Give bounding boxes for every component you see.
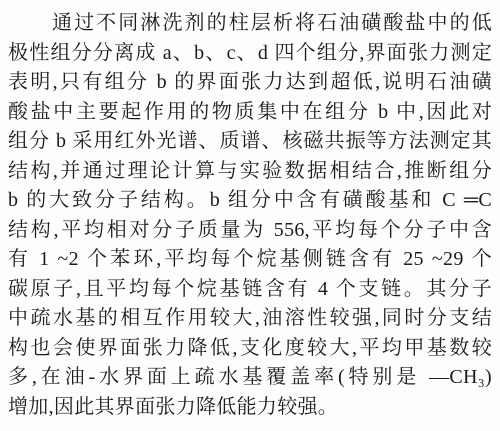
paragraph-line: 酸盐中主要起作用的物质集中在组分 b 中,因此对 bbox=[8, 98, 492, 128]
paragraph-line: 通过不同淋洗剂的柱层析将石油磺酸盐中的低 bbox=[8, 9, 492, 39]
paragraph-line: 结构,平均相对分子质量为 556,平均每个分子中含 bbox=[8, 216, 492, 246]
body-paragraph: 通过不同淋洗剂的柱层析将石油磺酸盐中的低 极性组分分离成 a、b、c、d 四个组… bbox=[8, 9, 492, 422]
paragraph-line: b 的大致分子结构。b 组分中含有磺酸基和 C ═C bbox=[8, 186, 492, 216]
paragraph-line: 构也会使界面张力降低,支化度较大,平均甲基数较 bbox=[8, 334, 492, 364]
paragraph-line: 多,在油-水界面上疏水基覆盖率(特别是 —CH₃) bbox=[8, 363, 492, 393]
paragraph-line: 中疏水基的相互作用较大,油溶性较强,同时分支结 bbox=[8, 304, 492, 334]
paragraph-line: 组分 b 采用红外光谱、质谱、核磁共振等方法测定其 bbox=[8, 127, 492, 157]
paragraph-line: 表明,只有组分 b 的界面张力达到超低,说明石油磺 bbox=[8, 68, 492, 98]
paragraph-line: 增加,因此其界面张力降低能力较强。 bbox=[8, 393, 492, 423]
document-page: 通过不同淋洗剂的柱层析将石油磺酸盐中的低 极性组分分离成 a、b、c、d 四个组… bbox=[0, 0, 500, 431]
paragraph-line: 碳原子,且平均每个烷基链含有 4 个支链。其分子 bbox=[8, 275, 492, 305]
paragraph-line: 极性组分分离成 a、b、c、d 四个组分,界面张力测定 bbox=[8, 39, 492, 69]
paragraph-line: 有 1 ~2 个苯环,平均每个烷基侧链含有 25 ~29 个 bbox=[8, 245, 492, 275]
paragraph-line: 结构,并通过理论计算与实验数据相结合,推断组分 bbox=[8, 157, 492, 187]
